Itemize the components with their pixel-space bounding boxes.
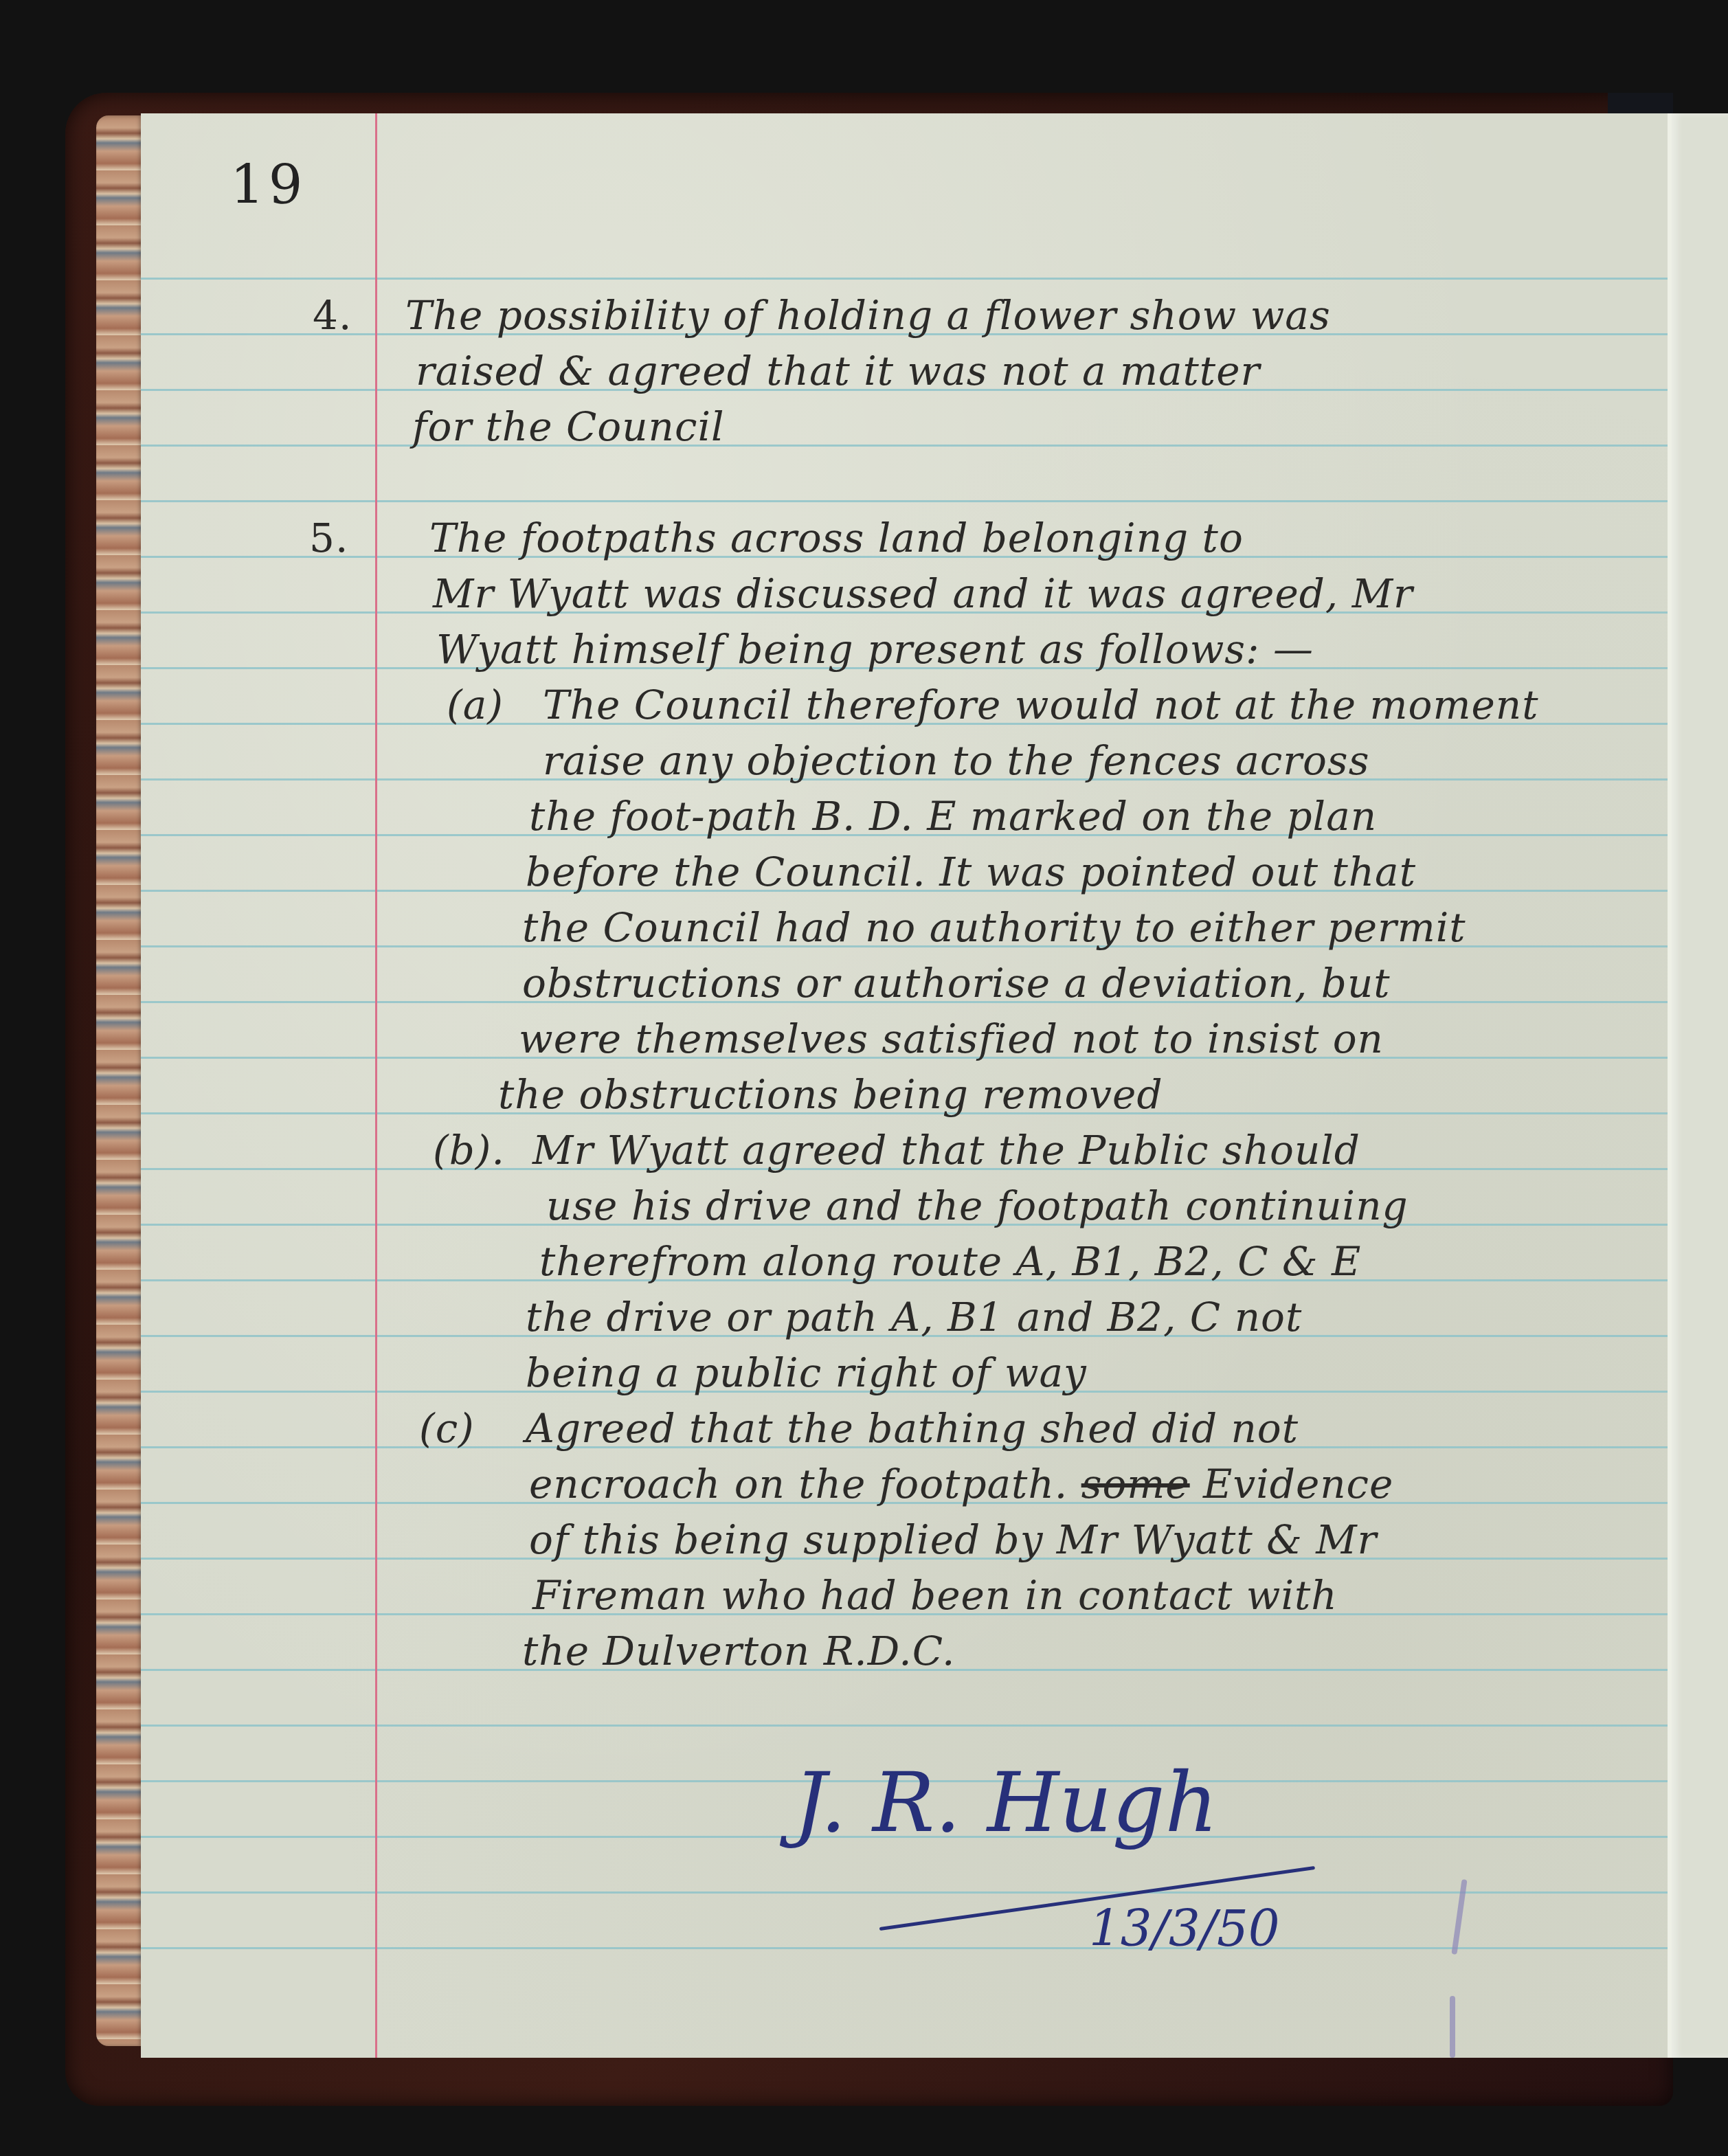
sub-a-line-2: raise any objection to the fences across: [543, 741, 1369, 781]
item-4-line-3: for the Council: [412, 407, 725, 447]
red-margin-line: [375, 113, 377, 2058]
sub-a-line-8: the obstructions being removed: [498, 1075, 1163, 1114]
sub-b-line-5: being a public right of way: [526, 1353, 1087, 1393]
sub-c-line-2-tail: Evidence: [1203, 1461, 1393, 1507]
sub-a-line-3: the foot-path B. D. E marked on the plan: [529, 796, 1377, 836]
sub-b-line-4: the drive or path A, B1 and B2, C not: [526, 1297, 1302, 1337]
sub-a-line-6: obstructions or authorise a deviation, b…: [522, 963, 1391, 1003]
item-4-line-2: raised & agreed that it was not a matter: [416, 351, 1260, 391]
page-number: 19: [230, 155, 306, 216]
minute-book-page: 19 4. The possibility of holding a flowe…: [141, 113, 1668, 2058]
item-5-line-3: Wyatt himself being present as follows: …: [436, 629, 1314, 669]
sub-a-line-7: were themselves satisfied not to insist …: [519, 1019, 1384, 1059]
sub-b-line-2: use his drive and the footpath continuin…: [546, 1186, 1409, 1226]
ruled-line: [141, 445, 1668, 447]
sub-c-line-2-text: encroach on the footpath.: [529, 1461, 1068, 1507]
sub-a-line-5: the Council had no authority to either p…: [522, 908, 1466, 947]
sub-b-line-3: therefrom along route A, B1, B2, C & E: [539, 1242, 1361, 1281]
ruled-line: [141, 1947, 1668, 1949]
item-4-number: 4.: [313, 295, 352, 335]
sub-c-line-2: encroach on the footpath. some Evidence: [529, 1464, 1393, 1504]
pencil-mark: [1451, 1879, 1467, 1955]
signature-date: 13/3/50: [1089, 1900, 1280, 1957]
item-5-number: 5.: [309, 518, 348, 558]
sub-c-line-1: Agreed that the bathing shed did not: [526, 1408, 1299, 1448]
sub-b-line-1: Mr Wyatt agreed that the Public should: [532, 1130, 1360, 1170]
sub-c-line-4: Fireman who had been in contact with: [532, 1575, 1338, 1615]
item-5-line-1: The footpaths across land belonging to: [429, 518, 1244, 558]
ruled-line: [141, 1725, 1668, 1727]
sub-b-label: (b).: [433, 1130, 505, 1170]
struck-word: some: [1081, 1461, 1190, 1507]
sub-a-line-1: The Council therefore would not at the m…: [543, 685, 1538, 725]
sub-c-line-3: of this being supplied by Mr Wyatt & Mr: [529, 1520, 1377, 1560]
marbled-page-edges: [96, 115, 143, 2046]
item-4-line-1: The possibility of holding a flower show…: [405, 295, 1331, 335]
ruled-line: [141, 1891, 1668, 1894]
sub-a-label: (a): [447, 685, 504, 725]
pencil-mark: [1450, 1996, 1455, 2058]
item-5-line-2: Mr Wyatt was discussed and it was agreed…: [433, 574, 1413, 614]
ruled-line: [141, 278, 1668, 280]
chairman-signature: J. R. Hugh: [794, 1755, 1218, 1851]
sub-c-line-5: the Dulverton R.D.C.: [522, 1631, 955, 1671]
sub-a-line-4: before the Council. It was pointed out t…: [526, 852, 1416, 892]
ruled-line: [141, 500, 1668, 502]
facing-page-edge: [1668, 113, 1728, 2058]
sub-c-label: (c): [419, 1408, 475, 1448]
